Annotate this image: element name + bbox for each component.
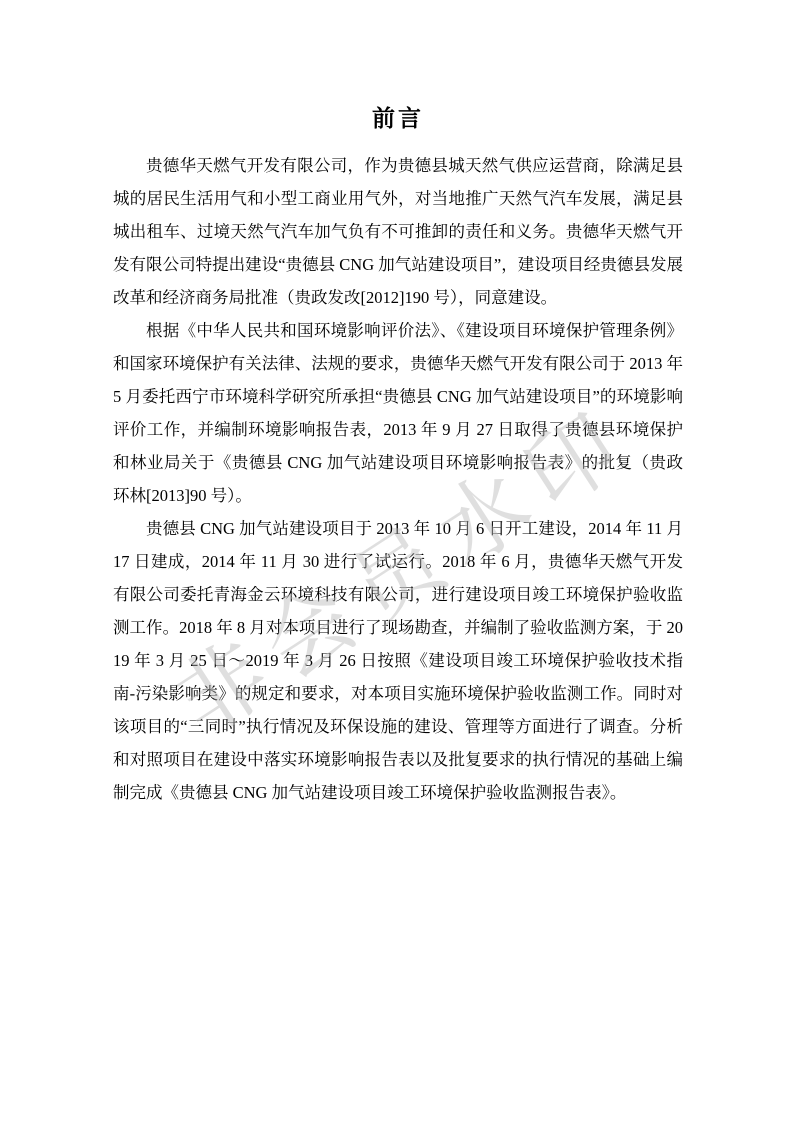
paragraph-eia-approval: 根据《中华人民共和国环境影响评价法》、《建设项目环境保护管理条例》和国家环境保护… — [113, 314, 683, 512]
document-content: 前言 贵德华天燃气开发有限公司，作为贵德县城天然气供应运营商，除满足县城的居民生… — [113, 100, 683, 809]
paragraph-acceptance-monitoring: 贵德县 CNG 加气站建设项目于 2013 年 10 月 6 日开工建设，201… — [113, 512, 683, 809]
page-title: 前言 — [113, 100, 683, 133]
paragraph-company-intro: 贵德华天燃气开发有限公司，作为贵德县城天然气供应运营商，除满足县城的居民生活用气… — [113, 149, 683, 314]
document-page: 非会员水印 前言 贵德华天燃气开发有限公司，作为贵德县城天然气供应运营商，除满足… — [0, 0, 793, 1122]
